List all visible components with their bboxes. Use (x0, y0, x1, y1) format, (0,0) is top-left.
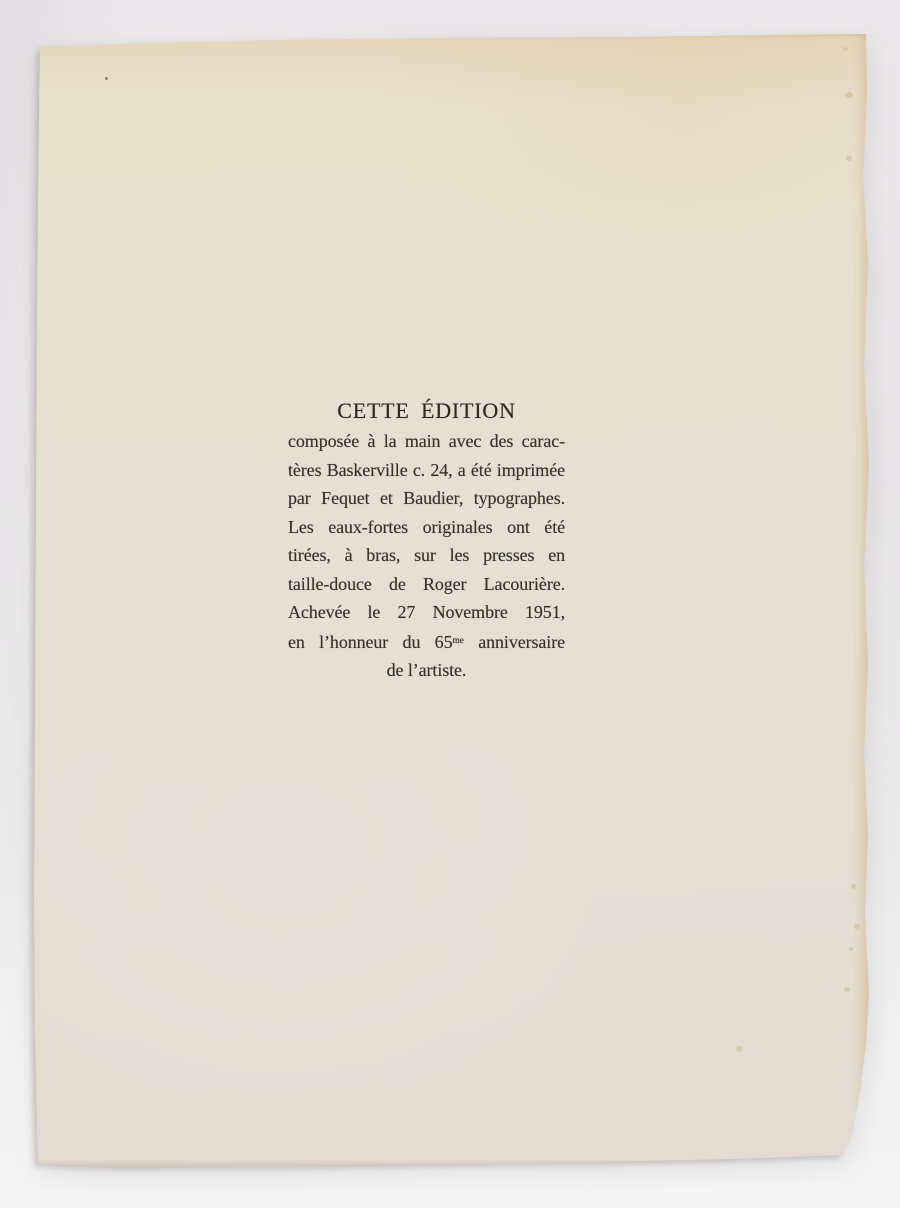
colophon-line-anniversary: en l’honneur du 65me anniversaire (288, 627, 565, 657)
deckle-edge-right-shading (847, 34, 869, 1168)
paper-top-edge-shading (33, 34, 869, 124)
foxing-spot (736, 1046, 743, 1052)
colophon-text-block: CETTE ÉDITION composée à la main avec de… (288, 398, 565, 685)
paper-sheet-wrapper: CETTE ÉDITION composée à la main avec de… (33, 34, 869, 1168)
colophon-line: tirées, à bras, sur les presses en (288, 541, 565, 570)
foxing-spot (851, 884, 856, 889)
foxing-spot (844, 987, 850, 992)
ordinal-superscript: me (452, 636, 463, 646)
colophon-line: taille-douce de Roger Lacourière. (288, 570, 565, 599)
paper-speck (105, 77, 108, 80)
colophon-line: Les eaux-fortes originales ont été (288, 513, 565, 542)
colophon-line: Achevée le 27 Novembre 1951, (288, 598, 565, 627)
colophon-line: tères Baskerville c. 24, a été imprimée (288, 456, 565, 485)
paper-sheet: CETTE ÉDITION composée à la main avec de… (33, 34, 869, 1168)
paper-bottom-edge-shading (33, 1159, 869, 1168)
photo-backdrop: CETTE ÉDITION composée à la main avec de… (0, 0, 900, 1208)
colophon-title: CETTE ÉDITION (288, 398, 565, 424)
colophon-closing-line: de l’artiste. (288, 656, 565, 685)
colophon-line: composée à la main avec des carac- (288, 427, 565, 456)
foxing-spot (845, 92, 853, 98)
foxing-spot (843, 47, 848, 51)
anniversary-text-post: anniversaire (464, 632, 565, 652)
anniversary-text-pre: en l’honneur du 65 (288, 632, 452, 652)
colophon-line: par Fequet et Baudier, typographes. (288, 484, 565, 513)
foxing-spot (854, 924, 860, 929)
foxing-spot (849, 947, 853, 951)
foxing-spot (846, 156, 852, 161)
